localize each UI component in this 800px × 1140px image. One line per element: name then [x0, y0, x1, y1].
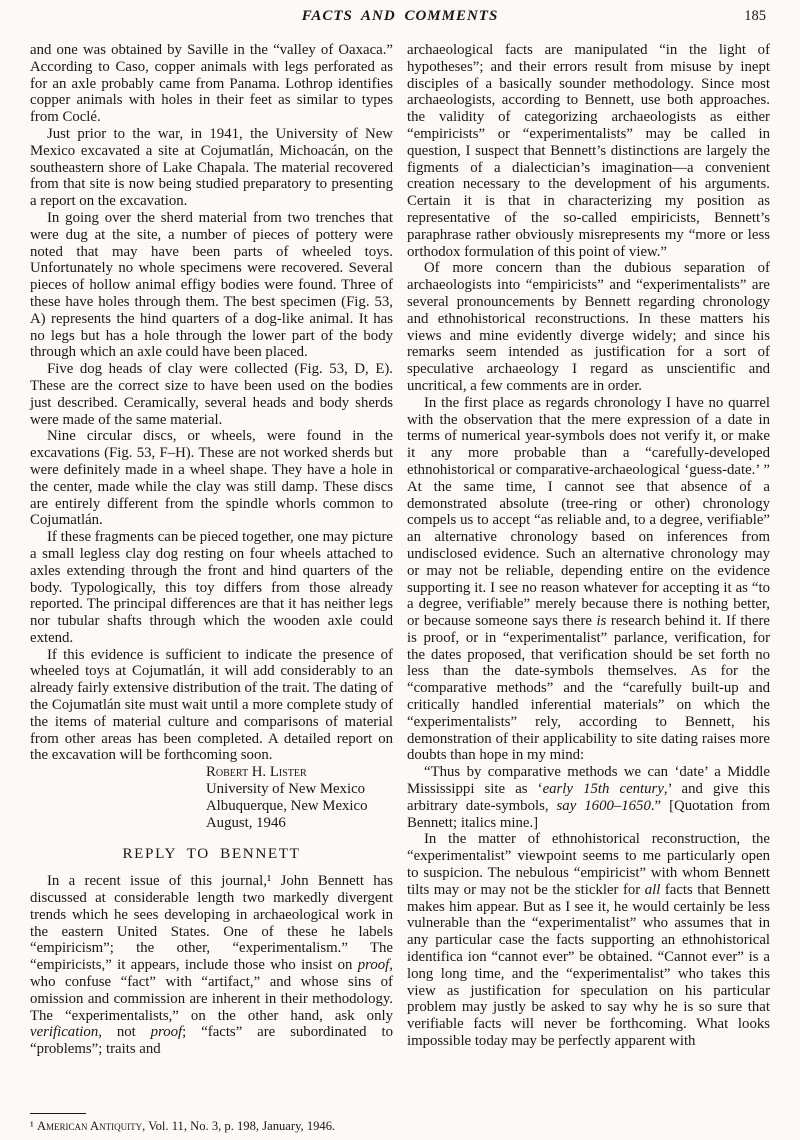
signature-name: Robert H. Lister	[206, 764, 393, 781]
page-number: 185	[744, 8, 766, 25]
paragraph: Nine circular discs, or wheels, were fou…	[30, 428, 393, 529]
right-column-body: archaeological facts are manipulated “in…	[407, 42, 770, 1050]
signature-location: Albuquerque, New Mexico	[206, 798, 393, 815]
paragraph: In the matter of ethnohistorical reconst…	[407, 831, 770, 1049]
text-columns: and one was obtained by Saville in the “…	[30, 42, 770, 1134]
journal-page: FACTS AND COMMENTS 185 and one was obtai…	[0, 0, 800, 1140]
paragraph: archaeological facts are manipulated “in…	[407, 42, 770, 260]
section-heading: REPLY TO BENNETT	[30, 846, 393, 863]
paragraph: “Thus by comparative methods we can ‘dat…	[407, 764, 770, 831]
paragraph: In a recent issue of this journal,¹ John…	[30, 873, 393, 1058]
paragraph: In the first place as regards chronology…	[407, 395, 770, 765]
running-head: FACTS AND COMMENTS 185	[30, 8, 770, 30]
paragraph: Just prior to the war, in 1941, the Univ…	[30, 126, 393, 210]
footnote-citation: , Vol. 11, No. 3, p. 198, January, 1946.	[142, 1119, 335, 1133]
journal-section-title: FACTS AND COMMENTS	[30, 8, 770, 25]
signature-affiliation: University of New Mexico	[206, 781, 393, 798]
left-column-body: and one was obtained by Saville in the “…	[30, 42, 393, 764]
paragraph: If this evidence is sufficient to indica…	[30, 647, 393, 765]
footnote-marker: ¹	[30, 1119, 37, 1133]
footnote: ¹ American Antiquity, Vol. 11, No. 3, p.…	[30, 1107, 393, 1134]
paragraph: In going over the sherd material from tw…	[30, 210, 393, 361]
signature-date: August, 1946	[206, 815, 393, 832]
signature-block: Robert H. Lister University of New Mexic…	[206, 764, 393, 831]
paragraph: If these fragments can be pieced togethe…	[30, 529, 393, 647]
left-column: and one was obtained by Saville in the “…	[30, 42, 393, 1134]
footnote-rule	[30, 1113, 86, 1114]
paragraph: and one was obtained by Saville in the “…	[30, 42, 393, 126]
footnote-text: ¹ American Antiquity, Vol. 11, No. 3, p.…	[30, 1119, 393, 1134]
footnote-journal-name: American Antiquity	[37, 1119, 142, 1133]
paragraph: Of more concern than the dubious separat…	[407, 260, 770, 394]
right-column: archaeological facts are manipulated “in…	[407, 42, 770, 1134]
paragraph: Five dog heads of clay were collected (F…	[30, 361, 393, 428]
reply-body: In a recent issue of this journal,¹ John…	[30, 873, 393, 1058]
